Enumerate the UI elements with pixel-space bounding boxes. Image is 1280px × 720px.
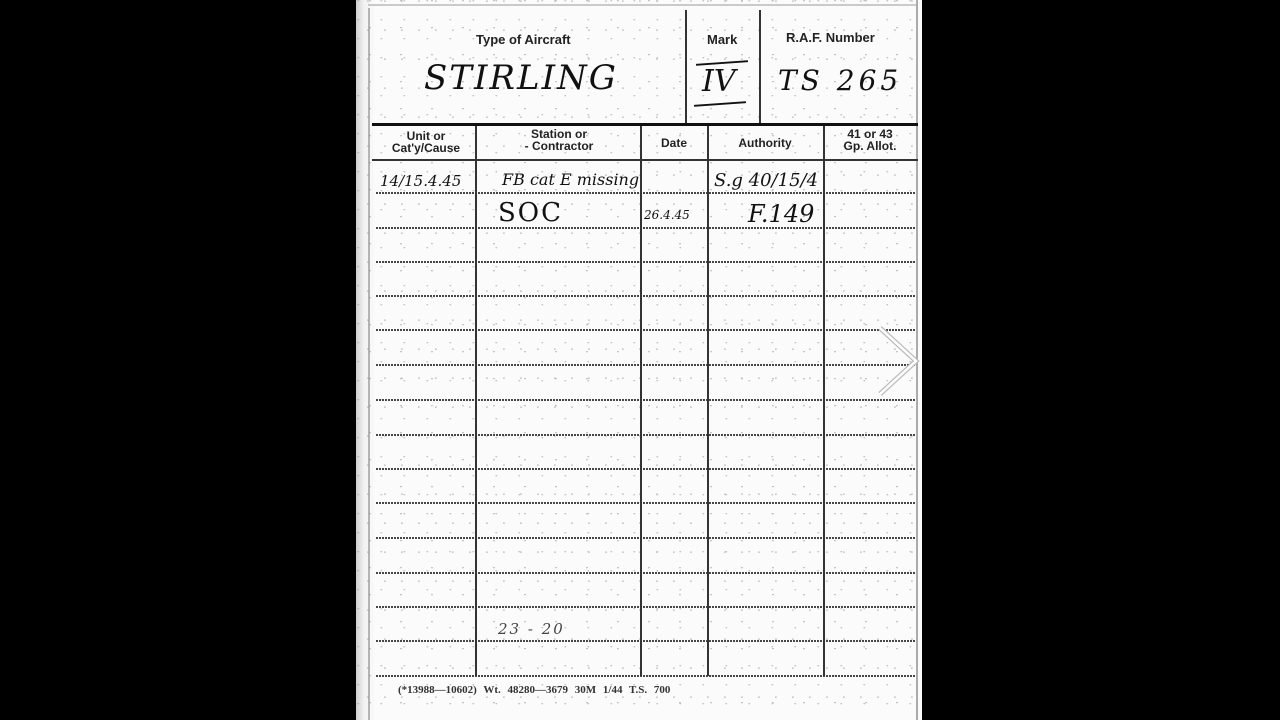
column-header-unit-line2: Cat'y/Cause: [376, 142, 476, 154]
column-header-allot-line2: Gp. Allot.: [824, 140, 916, 152]
row1-station: FB cat E missing: [502, 170, 639, 189]
column-header-station-line2: - Contractor: [478, 140, 640, 152]
row-line: [376, 537, 916, 539]
paper-texture: [356, 0, 922, 720]
column-divider-1: [475, 126, 477, 676]
row2-authority: F.149: [748, 200, 814, 228]
form-print-code: (*13988—10602) Wt. 48280—3679 30M 1/44 T…: [398, 684, 670, 696]
chevron-right-icon[interactable]: [876, 326, 920, 396]
mark-label: Mark: [707, 32, 737, 47]
row-line: [376, 434, 916, 436]
row-line: [376, 329, 916, 331]
column-header-authority: Authority: [708, 137, 822, 149]
raf-number-divider: [759, 10, 761, 124]
mark-value: IV: [702, 64, 736, 99]
raf-number-label: R.A.F. Number: [786, 30, 875, 45]
column-header-date: Date: [642, 137, 706, 149]
card-border-top: [368, 4, 916, 6]
header-bottom-rule: [372, 159, 918, 161]
row2-date: 26.4.45: [644, 208, 690, 222]
column-divider-3: [707, 126, 709, 676]
raf-movement-card: Type of Aircraft Stirling Mark IV R.A.F.…: [356, 0, 922, 720]
raf-number-value: TS 265: [778, 64, 902, 97]
row-line: [376, 227, 916, 229]
column-divider-2: [640, 126, 642, 676]
aircraft-type-value: Stirling: [424, 58, 618, 98]
column-header-station: Station or - Contractor: [478, 128, 640, 152]
type-of-aircraft-label: Type of Aircraft: [476, 32, 571, 47]
row-line: [376, 640, 916, 642]
row-line: [376, 399, 916, 401]
row-line: [376, 261, 916, 263]
row-line: [376, 192, 916, 194]
row-line: [376, 502, 916, 504]
row2-station: SOC: [498, 198, 563, 228]
row-line: [376, 295, 916, 297]
row-line: [376, 364, 916, 366]
bottom-note: 23 - 20: [498, 620, 565, 638]
column-header-unit: Unit or Cat'y/Cause: [376, 130, 476, 154]
row1-authority: S.g 40/15/4: [714, 170, 818, 191]
row1-unit: 14/15.4.45: [380, 172, 461, 190]
mark-divider: [685, 10, 687, 124]
row-line: [376, 468, 916, 470]
row-line: [376, 572, 916, 574]
row-line: [376, 606, 916, 608]
row-line: [376, 675, 916, 677]
card-border-left: [368, 8, 370, 720]
column-header-allot: 41 or 43 Gp. Allot.: [824, 128, 916, 152]
column-divider-4: [823, 126, 825, 676]
table-top-rule: [372, 123, 918, 126]
